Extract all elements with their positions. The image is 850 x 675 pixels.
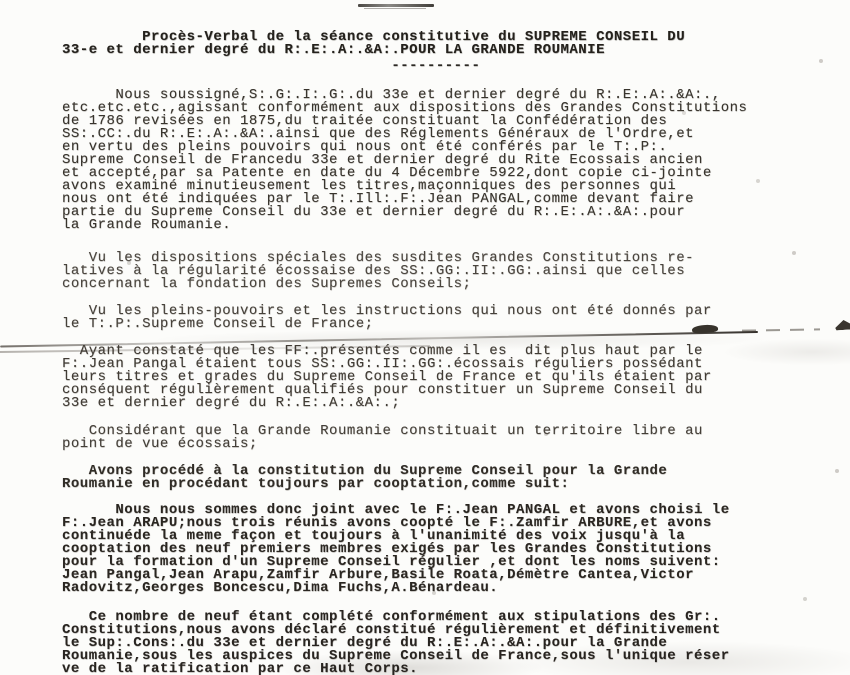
paragraph-avons-procede: Avons procédé à la constitution du Supre… [62, 465, 840, 491]
paragraph-cooptation: Nous nous sommes donc joint avec le F:.J… [62, 504, 840, 595]
paper-specks [0, 0, 2, 2]
top-rule-mark [358, 4, 434, 7]
paragraph-vu-pleins-pouvoirs: Vu les pleins-pouvoirs et les instructio… [62, 305, 840, 331]
paragraph-considerant: Considérant que la Grande Roumanie const… [62, 425, 840, 451]
paragraph-ayant-constate: Ayant constaté que les FF:.présentés com… [62, 345, 840, 410]
top-rule-mark-secondary [364, 8, 426, 9]
paragraph-vu-dispositions: Vu les dispositions spéciales des susdit… [62, 252, 840, 291]
paragraph-preamble: Nous soussigné,S:.G:.I:.G:.du 33e et der… [62, 89, 840, 232]
scanned-document-page: Procès-Verbal de la séance constitutive … [0, 0, 850, 675]
title-divider: ---------- [62, 60, 840, 73]
document-body: Procès-Verbal de la séance constitutive … [62, 31, 840, 675]
document-title: Procès-Verbal de la séance constitutive … [62, 31, 840, 57]
paragraph-conclusion: Ce nombre de neuf étant complété conform… [62, 611, 840, 675]
